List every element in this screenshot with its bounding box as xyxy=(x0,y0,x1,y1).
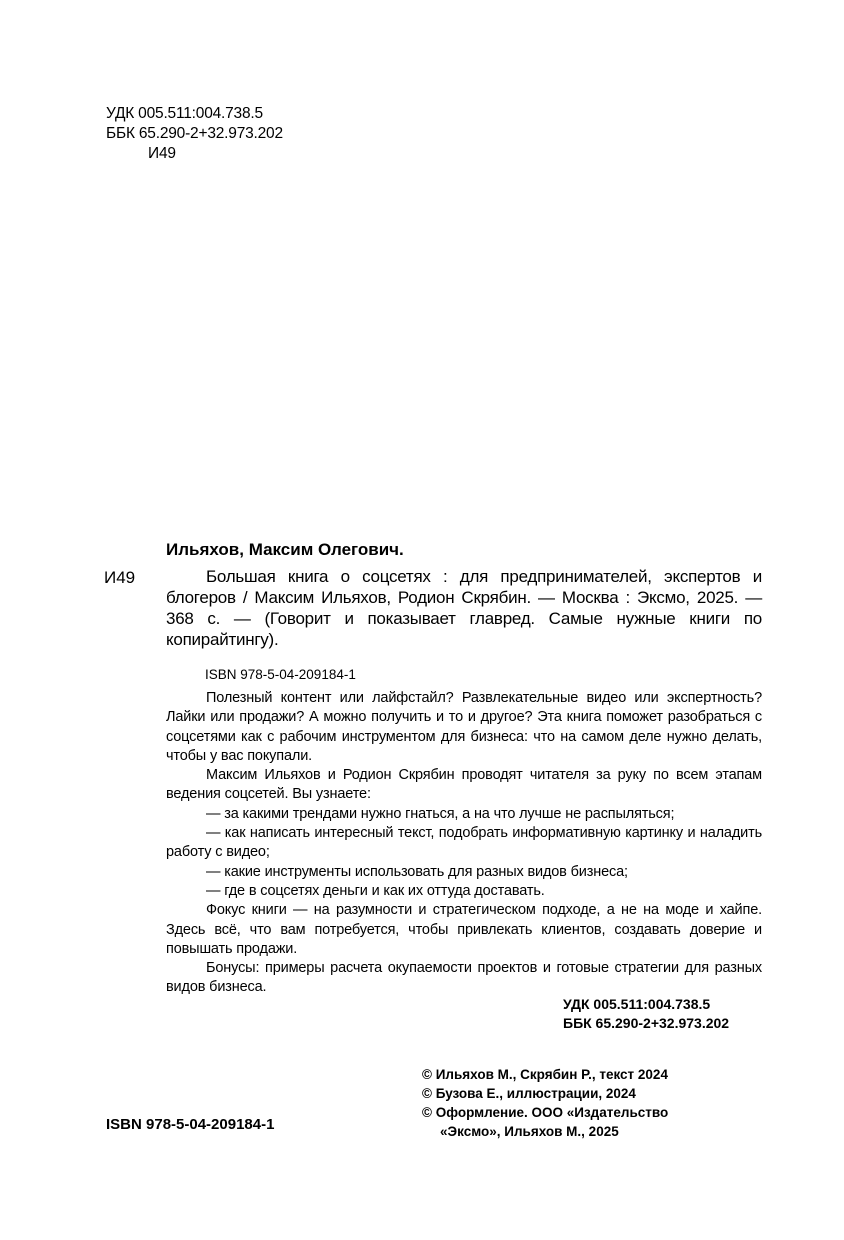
copyright-line: © Бузова Е., иллюстрации, 2024 xyxy=(422,1084,668,1103)
classification-codes-bottom: УДК 005.511:004.738.5 ББК 65.290-2+32.97… xyxy=(563,995,729,1033)
annotation-paragraph: Максим Ильяхов и Родион Скрябин проводят… xyxy=(166,766,762,805)
annotation: Полезный контент или лайфстайл? Развлека… xyxy=(166,689,762,998)
isbn: ISBN 978-5-04-209184-1 xyxy=(106,1116,274,1133)
catalog-description: Большая книга о соцсетях : для предприни… xyxy=(166,566,762,650)
copyright-line: © Оформление. ООО «Издательство xyxy=(422,1103,668,1122)
bbk-code: ББК 65.290-2+32.973.202 xyxy=(563,1014,729,1033)
annotation-list-item: — где в соцсетях деньги и как их оттуда … xyxy=(166,882,762,901)
annotation-list-item: — какие инструменты использовать для раз… xyxy=(166,863,762,882)
copyright-line: «Эксмо», Ильяхов М., 2025 xyxy=(422,1122,668,1141)
annotation-paragraph: Фокус книги — на разумности и стратегиче… xyxy=(166,901,762,959)
copyright-block: © Ильяхов М., Скрябин Р., текст 2024 © Б… xyxy=(422,1065,668,1141)
annotation-list-item: — за какими трендами нужно гнаться, а на… xyxy=(166,805,762,824)
classification-codes-top: УДК 005.511:004.738.5 ББК 65.290-2+32.97… xyxy=(106,104,283,164)
author-mark: И49 xyxy=(106,144,283,164)
copyright-line: © Ильяхов М., Скрябин Р., текст 2024 xyxy=(422,1065,668,1084)
bbk-code: ББК 65.290-2+32.973.202 xyxy=(106,124,283,144)
catalog-author-heading: Ильяхов, Максим Олегович. xyxy=(166,540,404,560)
udk-code: УДК 005.511:004.738.5 xyxy=(563,995,729,1014)
catalog-isbn: ISBN 978-5-04-209184-1 xyxy=(205,667,356,682)
annotation-list-item: — как написать интересный текст, подобра… xyxy=(166,824,762,863)
udk-code: УДК 005.511:004.738.5 xyxy=(106,104,283,124)
annotation-paragraph: Бонусы: примеры расчета окупаемости прое… xyxy=(166,959,762,998)
annotation-paragraph: Полезный контент или лайфстайл? Развлека… xyxy=(166,689,762,766)
catalog-author-mark: И49 xyxy=(104,568,135,588)
